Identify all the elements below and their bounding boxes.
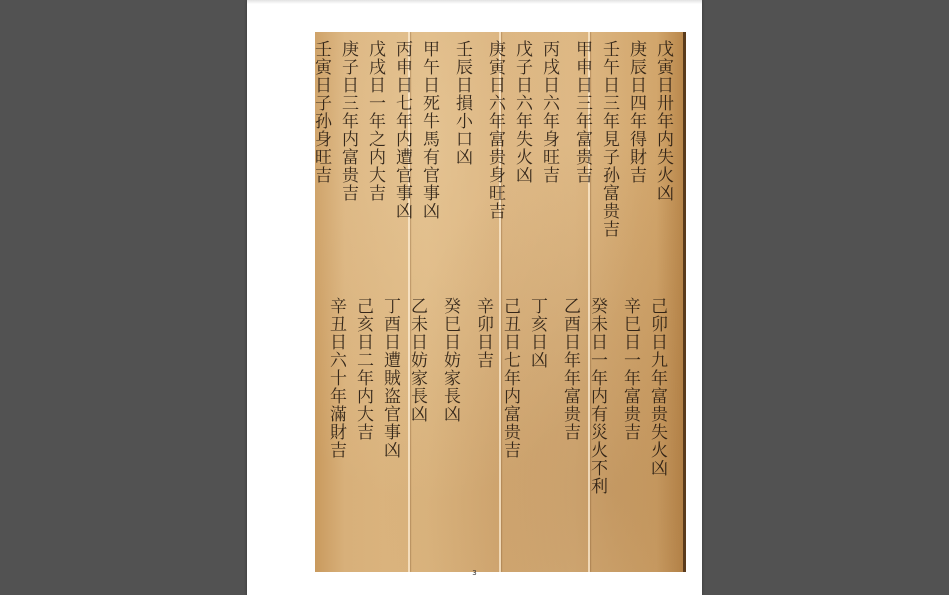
- text-column: 庚子日三年内富贵吉: [334, 40, 361, 290]
- text-column: 己亥日二年内大吉: [349, 297, 376, 565]
- text-column: 庚辰日四年得財吉: [622, 40, 649, 290]
- text-column: 壬辰日損小口凶: [448, 40, 475, 290]
- text-column: 戊戌日一年之内大吉: [361, 40, 388, 290]
- text-column: 戊子日六年失火凶: [508, 40, 535, 290]
- text-column: 丙戌日六年身旺吉: [535, 40, 562, 290]
- text-column: 己丑日七年内富贵吉: [496, 297, 523, 565]
- page-number: 3: [247, 569, 702, 577]
- text-column: 己卯日九年富贵失火凶: [643, 297, 670, 565]
- text-column: 壬寅日子孙身旺吉: [315, 40, 334, 290]
- manuscript-bottom-section: 己卯日九年富贵失火凶 辛巳日一年富贵吉 癸未日一年内有災火不利 乙酉日年年富贵吉…: [315, 297, 686, 565]
- text-column: 庚寅日六年富贵身旺吉: [481, 40, 508, 290]
- text-column: 癸卯日主口舌凶: [315, 297, 316, 565]
- text-column: 壬午日三年見子孙富贵吉: [595, 40, 622, 290]
- text-column: 辛巳日一年富贵吉: [616, 297, 643, 565]
- text-column: 癸巳日妨家長凶: [436, 297, 463, 565]
- manuscript-top-section: 戊寅日卅年内失火凶 庚辰日四年得財吉 壬午日三年見子孙富贵吉 甲申日三年富贵吉 …: [315, 40, 686, 290]
- text-column: 辛丑日六十年滿財吉: [322, 297, 349, 565]
- text-column: 乙未日妨家長凶: [403, 297, 430, 565]
- text-column: 辛卯日吉: [469, 297, 496, 565]
- text-column: 戊寅日卅年内失火凶: [649, 40, 676, 290]
- text-column: 丁酉日遭賊盗官事凶: [376, 297, 403, 565]
- text-column: 丁亥日凶: [523, 297, 550, 565]
- text-column: 甲午日死牛馬有官事凶: [415, 40, 442, 290]
- text-column: 癸未日一年内有災火不利: [583, 297, 610, 565]
- text-column: 甲申日三年富贵吉: [568, 40, 595, 290]
- pdf-page: 戊寅日卅年内失火凶 庚辰日四年得財吉 壬午日三年見子孙富贵吉 甲申日三年富贵吉 …: [247, 0, 702, 595]
- text-column: 丙申日七年内遭官事凶: [388, 40, 415, 290]
- text-column: 乙酉日年年富贵吉: [556, 297, 583, 565]
- page-top-shadow: [247, 0, 702, 4]
- pdf-viewer: 戊寅日卅年内失火凶 庚辰日四年得財吉 壬午日三年見子孙富贵吉 甲申日三年富贵吉 …: [0, 0, 949, 595]
- manuscript-scan: 戊寅日卅年内失火凶 庚辰日四年得財吉 壬午日三年見子孙富贵吉 甲申日三年富贵吉 …: [315, 32, 686, 572]
